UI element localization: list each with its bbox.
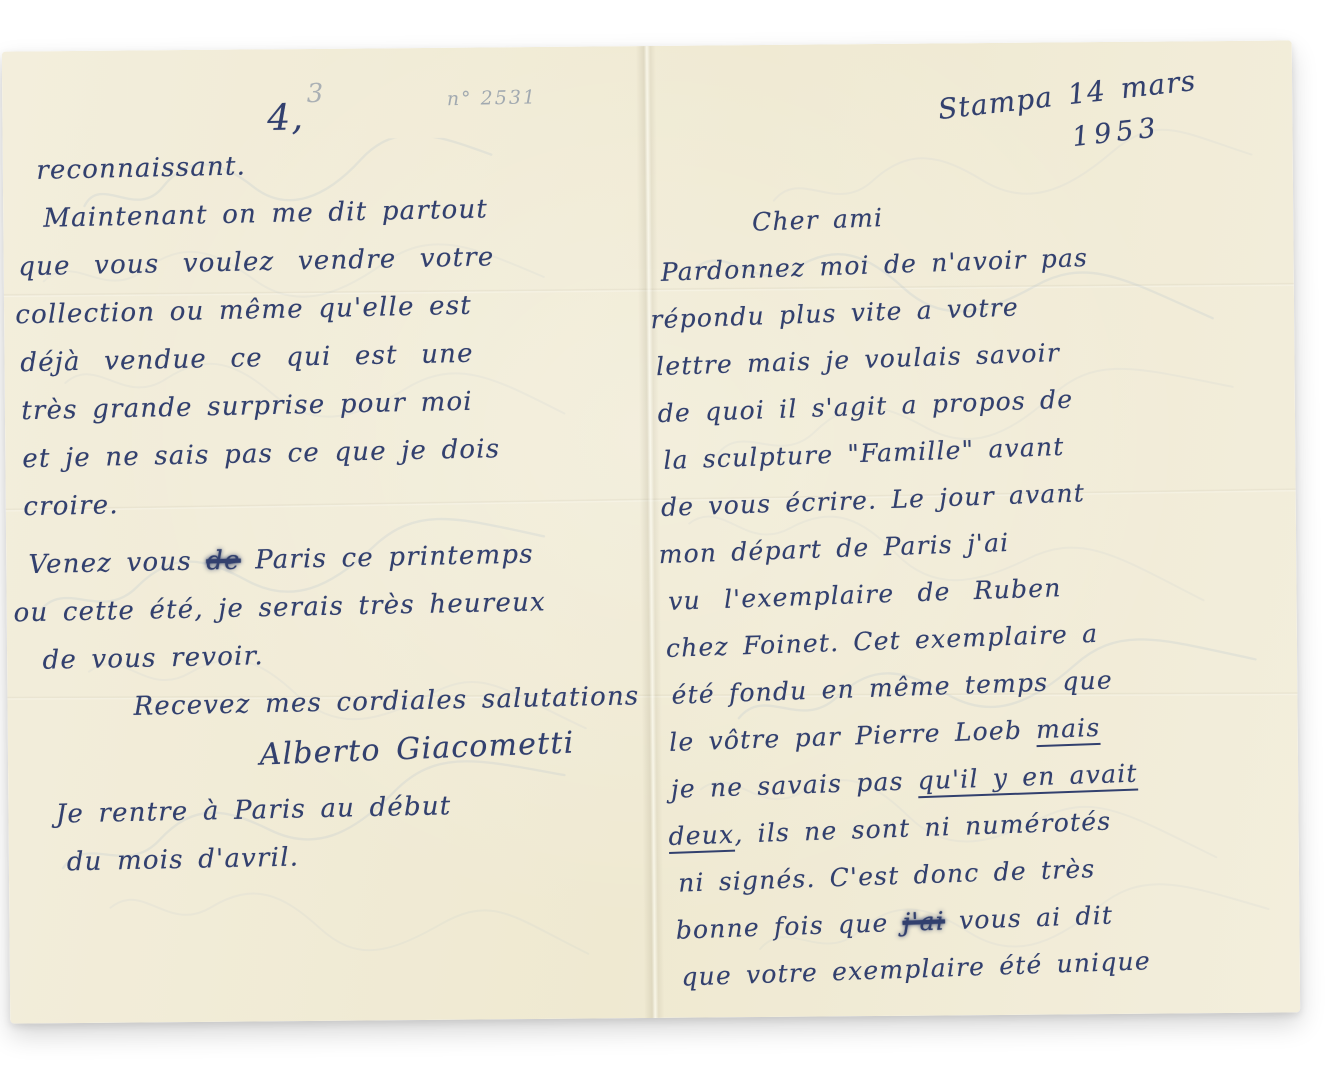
underlined-text: qu'il y en avait xyxy=(917,759,1138,799)
line-segment: , ils ne sont ni numérotés xyxy=(734,807,1112,849)
struck-text: de xyxy=(206,546,241,577)
page-number: 4, xyxy=(267,97,305,139)
pencil-inventory-note: n° 2531 xyxy=(447,86,538,110)
pencil-page-number: 3 xyxy=(306,79,323,109)
letter-body-left: reconnaissant. Maintenant on me dit part… xyxy=(12,134,641,887)
letter-sheet: 3 4, n° 2531 reconnaissant. Maintenant o… xyxy=(2,40,1300,1023)
line-segment: bonne fois que xyxy=(675,908,903,945)
letter-page-right: Stampa 14 mars 1953 Cher ami Pardonnez m… xyxy=(642,49,1302,1010)
struck-text: j'ai xyxy=(902,906,945,936)
underlined-text: deux xyxy=(668,820,735,854)
line-segment: vous ai dit xyxy=(944,901,1113,936)
dateline: Stampa 14 mars 1953 xyxy=(936,50,1274,173)
line-segment: je ne savais pas xyxy=(670,766,918,804)
line-segment: Venez vous xyxy=(28,546,206,580)
letter-photo: 3 4, n° 2531 reconnaissant. Maintenant o… xyxy=(0,0,1328,1080)
letter-body-right: Cher ami Pardonnez moi de n'avoir pas ré… xyxy=(646,180,1302,1000)
letter-page-left: 3 4, n° 2531 reconnaissant. Maintenant o… xyxy=(10,70,643,1003)
underlined-text: mais xyxy=(1036,713,1101,747)
line-segment: Paris ce printemps xyxy=(240,540,534,576)
line-segment: le vôtre par Pierre Loeb xyxy=(669,715,1037,757)
